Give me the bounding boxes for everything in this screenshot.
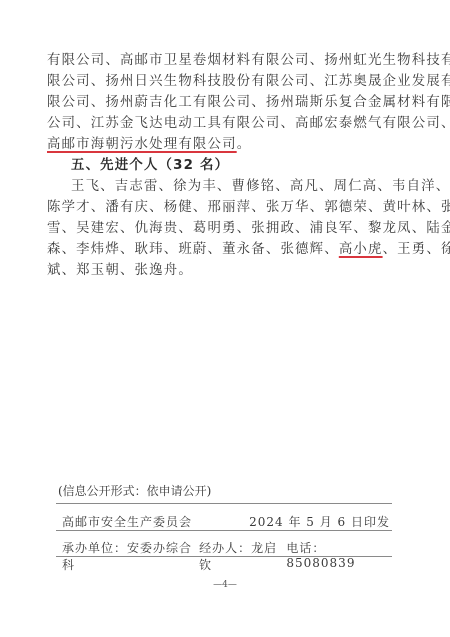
- company-line-last: 高邮市海朝污水处理有限公司。: [47, 134, 381, 155]
- footer-rule: [56, 503, 392, 504]
- company-line: 限公司、扬州日兴生物科技股份有限公司、江苏奥晟企业发展有: [47, 71, 381, 92]
- footer-rule: [56, 556, 392, 557]
- section-title: 五、先进个人（32 名）: [47, 155, 381, 176]
- person-line: 森、李炜烨、耿玮、班蔚、董永备、张德辉、高小虎、王勇、徐: [47, 239, 381, 260]
- person-line: 陈学才、潘有庆、杨健、邢丽萍、张万华、郭德荣、黄叶林、张: [47, 197, 381, 218]
- underlined-person: 高小虎: [339, 242, 383, 257]
- footer-rule: [56, 530, 392, 531]
- person-line: 斌、郑玉朝、张逸舟。: [47, 260, 381, 281]
- punct: 。: [237, 137, 252, 152]
- publication-form: (信息公开形式：依申请公开): [58, 482, 394, 499]
- issuer: 高邮市安全生产委员会: [62, 513, 192, 530]
- underlined-company: 高邮市海朝污水处理有限公司: [47, 137, 237, 152]
- document-body: 有限公司、高邮市卫星卷烟材料有限公司、扬州虹光生物科技有 限公司、扬州日兴生物科…: [47, 50, 381, 281]
- person-text: 、王勇、徐: [383, 242, 450, 257]
- issue-date: 2024 年 5 月 6 日印发: [249, 513, 390, 530]
- person-line: 雪、吴建宏、仇海贵、葛明勇、张拥政、浦良军、黎龙凤、陆金: [47, 218, 381, 239]
- company-line: 有限公司、高邮市卫星卷烟材料有限公司、扬州虹光生物科技有: [47, 50, 381, 71]
- company-line: 限公司、扬州蔚吉化工有限公司、扬州瑞斯乐复合金属材料有限: [47, 92, 381, 113]
- company-line: 公司、江苏金飞达电动工具有限公司、高邮宏泰燃气有限公司、: [47, 113, 381, 134]
- page-number: —4—: [0, 580, 450, 590]
- document-page: 有限公司、高邮市卫星卷烟材料有限公司、扬州虹光生物科技有 限公司、扬州日兴生物科…: [0, 0, 450, 637]
- person-line: 王飞、吉志雷、徐为丰、曹修铭、高凡、周仁高、韦自洋、: [47, 176, 381, 197]
- issuer-row: 高邮市安全生产委员会 2024 年 5 月 6 日印发: [62, 513, 390, 530]
- person-text: 森、李炜烨、耿玮、班蔚、董永备、张德辉、: [47, 242, 339, 257]
